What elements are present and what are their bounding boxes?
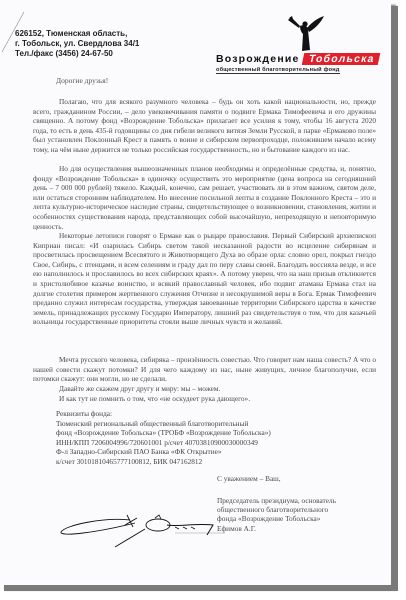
letter-paragraph: Некоторые летописи говорят о Ермаке как … [33,231,376,327]
letter-paragraph: Полагаю, что для всякого разумного челов… [33,97,376,155]
closing-line: И как тут не помнить о том, что «не оску… [33,394,376,404]
address-line: Тел./факс (3456) 24-67-50 [15,49,139,59]
letter-paragraph: Но для осуществления вышеозначенных план… [33,164,376,231]
signatory-block: Председатель президиума, основатель обще… [217,496,336,533]
closing-lines: Давайте же скажем друг другу и миру: мы … [33,384,376,403]
logo-title-red: Тобольска [301,53,379,65]
signatory-title-line: Председатель президиума, основатель [217,496,336,505]
handwritten-signature [55,505,225,555]
angel-trumpet-icon [286,14,326,52]
requisites-block: Реквизиты фонда: Тюменский региональный … [56,409,271,467]
requisites-line: ИНН/КПП 7206004996/720601001 р/счет 4070… [56,438,271,448]
address-line: 626152, Тюменская область, [15,29,139,39]
sender-address: 626152, Тюменская область, г. Тобольск, … [15,29,139,59]
logo-title: ВозрождениеТобольска [216,53,378,65]
foundation-logo: ВозрождениеТобольска общественный благот… [216,14,366,78]
address-line: г. Тобольск, ул. Свердлова 34/1 [15,39,139,49]
requisites-line: Ф-л Западно-Сибирский ПАО Банка «ФК Откр… [56,447,271,457]
letter-paragraph: Мечта русского человека, сибиряка – прон… [33,355,376,384]
page-shadow-right [391,6,398,591]
signatory-name: Ефимов А.Г. [217,524,336,533]
requisites-line: к/счет 30101810465777100812, БИК 0471628… [56,457,271,467]
greeting: Дорогие друзья! [56,76,108,85]
page-shadow-bottom [4,585,398,591]
signatory-title-line: фонда «Возрождение Тобольска» [217,514,336,523]
requisites-line: фонд «Возрождение Тобольска» (ТРОБФ «Воз… [56,428,271,438]
signatory-title-line: общественного благотворительного [217,505,336,514]
regards-line: С уважением – Ваш, [217,474,281,484]
requisites-heading: Реквизиты фонда: [56,409,271,419]
closing-line: Давайте же скажем друг другу и миру: мы … [33,384,376,394]
logo-subtitle: общественный благотворительный фонд [216,67,340,74]
requisites-line: Тюменский региональный общественный благ… [56,419,271,429]
